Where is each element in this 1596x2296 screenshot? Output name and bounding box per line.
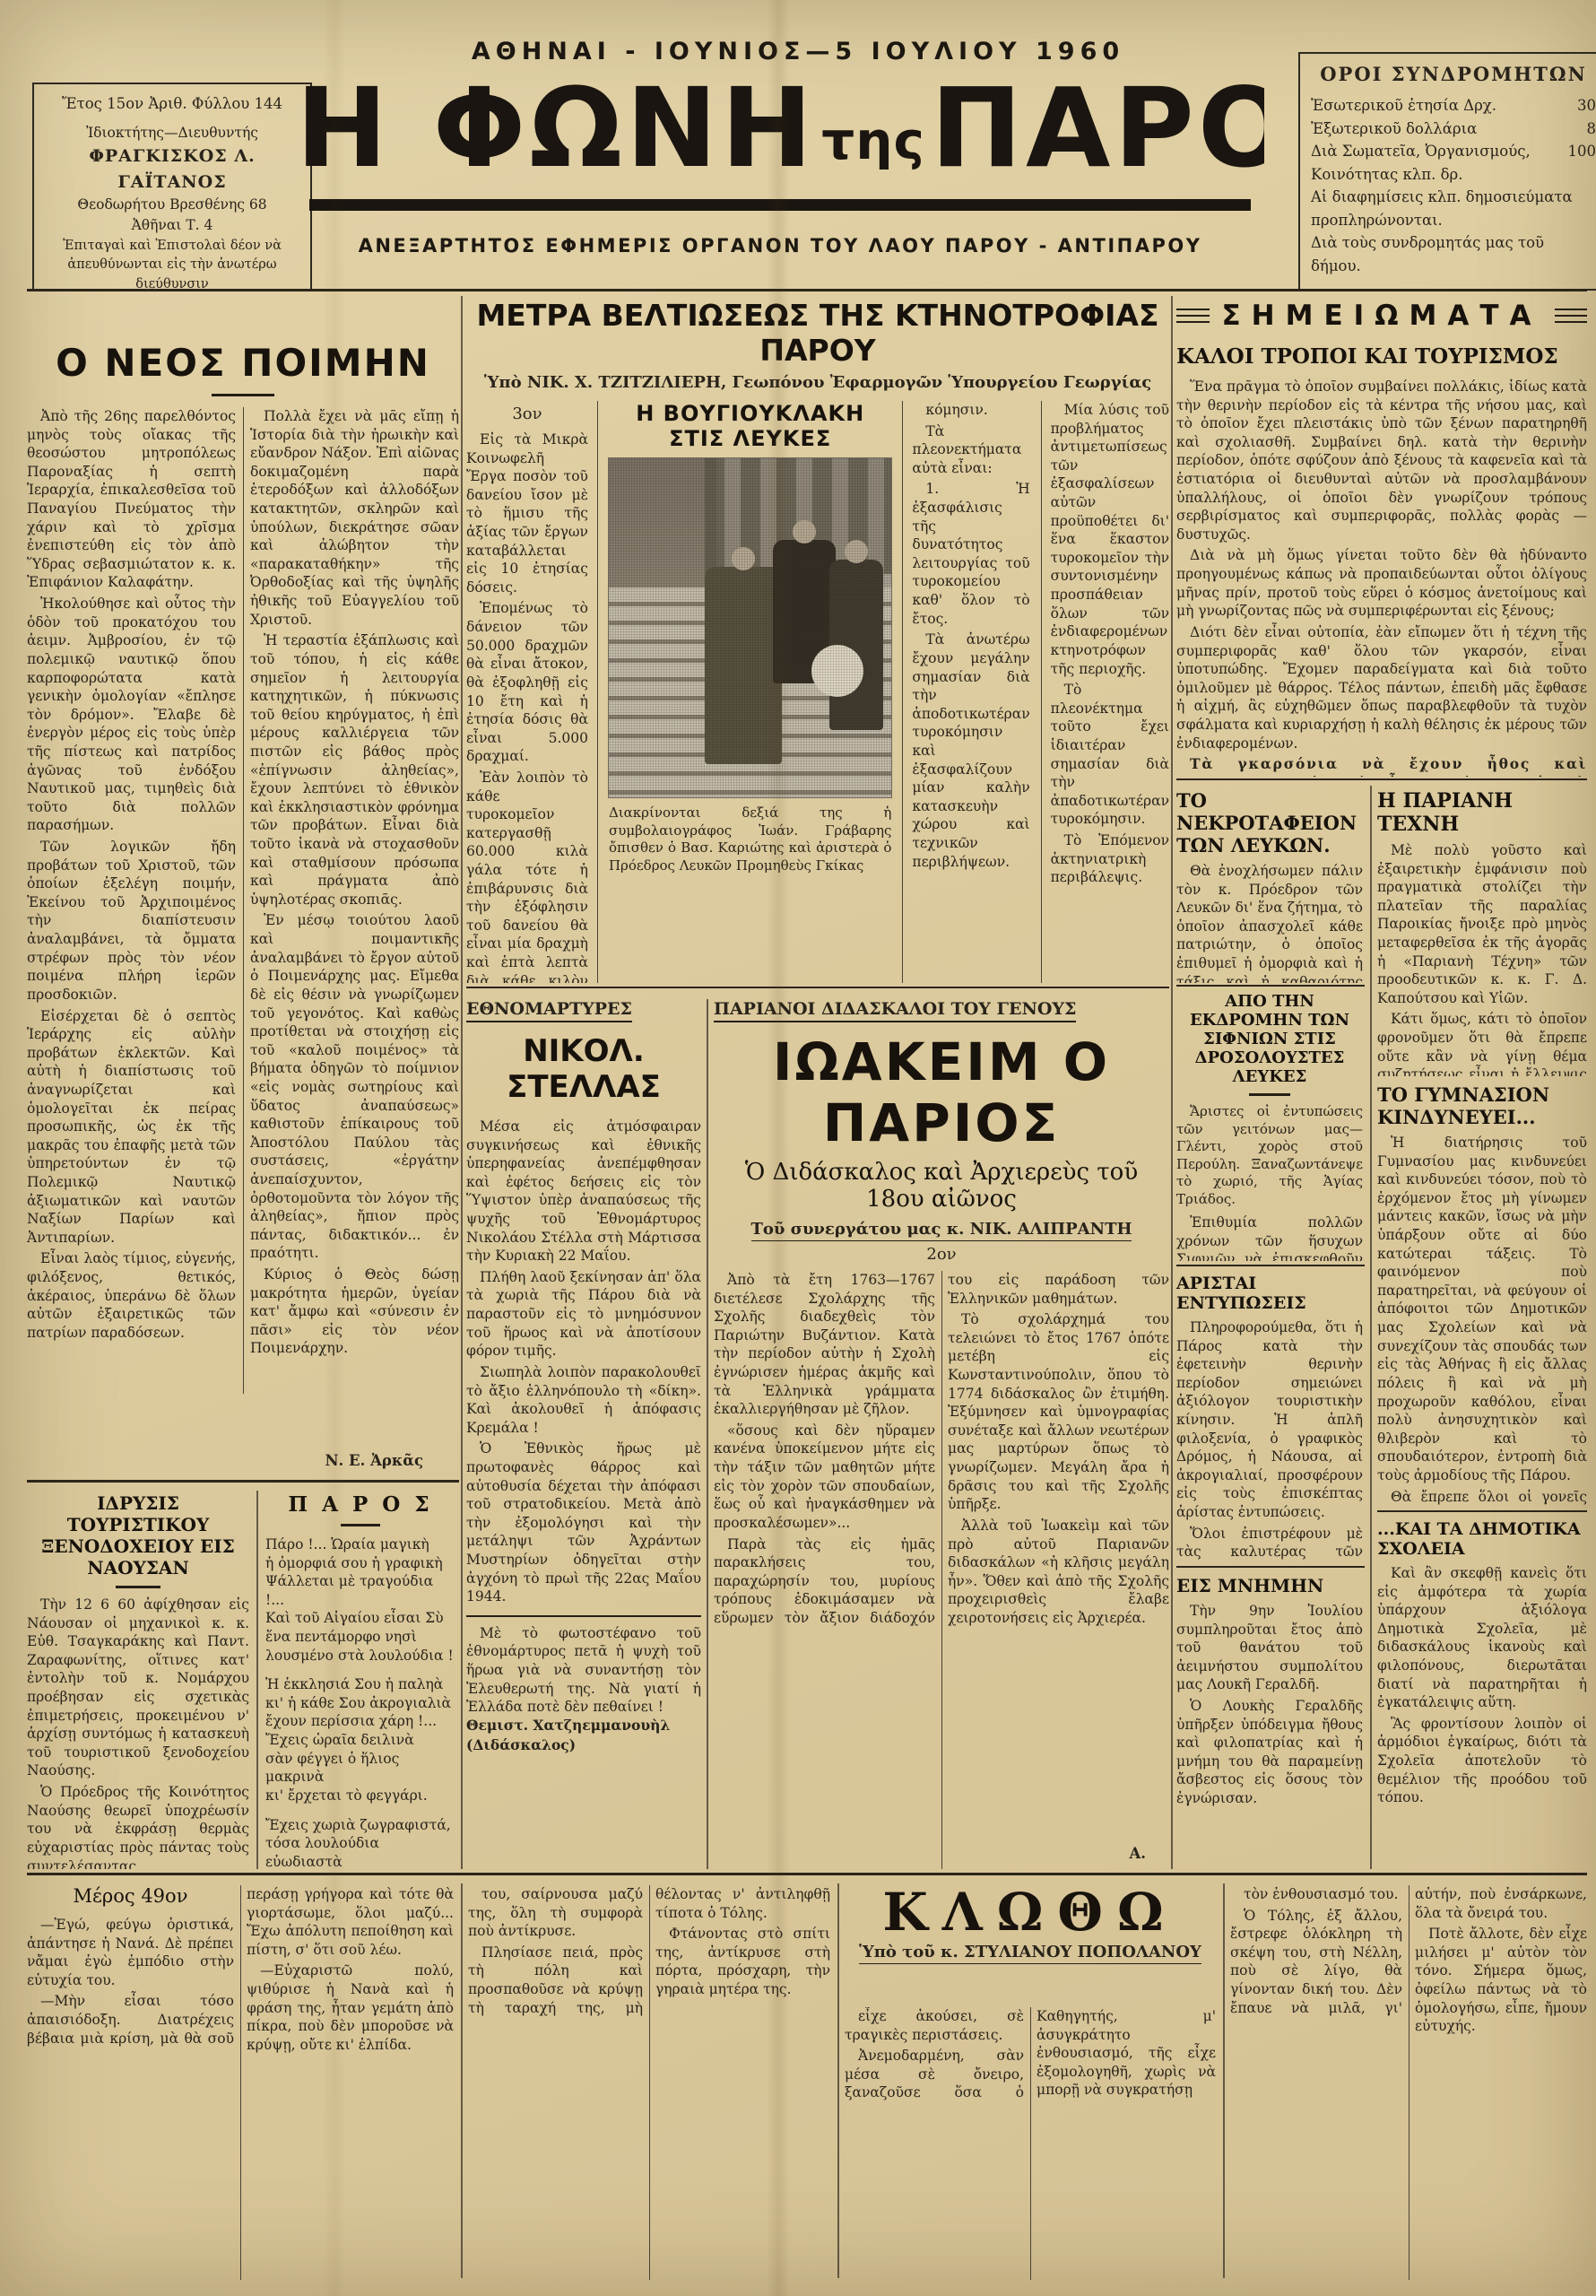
serial-center-columns: εἶχε ἀκούσει, σὲ τραγικὲς περιστάσεις.Ἀν…	[845, 2007, 1216, 2280]
article-body: Μὲ πολὺ γοῦστο καὶ ἐξαιρετικὴν ἐμφάνισιν…	[1377, 841, 1587, 1076]
section-divider	[27, 1480, 459, 1483]
headline-neos-poimin: Ο ΝΕΟΣ ΠΟΙΜΗΝ	[27, 341, 459, 385]
header-rules-left	[1176, 309, 1210, 323]
headline-simeiomata: ΣΗΜΕΙΩΜΑΤΑ	[1222, 300, 1542, 332]
paragraph: Τὰ πλεονεκτήματα αὐτὰ εἶναι:	[912, 422, 1029, 478]
paragraph: Ἑπομένως τὸ δάνειον τῶν 50.000 δραχμῶν θ…	[466, 599, 588, 765]
masthead-title-mid: της	[816, 110, 931, 171]
subscription-value: 8	[1587, 117, 1596, 141]
issue-number: Ἔτος 15ον Ἀριθ. Φύλλου 144	[45, 93, 299, 116]
owner-label: Ἰδιοκτήτης—Διευθυντής	[45, 123, 299, 143]
serial-title: ΚΛΩΘΩ	[845, 1882, 1216, 1943]
headline-rule	[116, 1586, 160, 1588]
article-pariani-texni: Η ΠΑΡΙΑΝΗ ΤΕΧΝΗ Μὲ πολὺ γοῦστο καὶ ἐξαιρ…	[1377, 789, 1587, 1076]
header-divider	[27, 289, 1587, 291]
serial-text: τὸν ἐνθουσιασμό του.Ὁ Τόλης, ἐξ ἄλλου, ἔ…	[1230, 1885, 1587, 2280]
dateline: ΑΘΗΝΑΙ - ΙΟΥΝΙΟΣ—5 ΙΟΥΛΙΟΥ 1960	[332, 38, 1264, 65]
article-body: Θὰ ἐνοχλήσωμεν πάλιν τὸν κ. Πρόεδρον τῶν…	[1176, 862, 1363, 983]
byline-ktinotrofia: Ὑπὸ ΝΙΚ. Χ. ΤΖΙΤΖΙΛΙΕΡΗ, Γεωπόνου Ἐφαρμο…	[466, 373, 1169, 392]
article-signature: Α.	[1129, 1845, 1146, 1862]
serial-left-columns: Μέρος 49ον —Ἐγώ, φεύγω ὁριστικά, ἀπάντησ…	[27, 1885, 454, 2280]
serial-text: του, σαίρνουσα μαζύ της, ὅλη τὴ συμφορὰ …	[468, 1885, 830, 2280]
subscription-box: ΟΡΟΙ ΣΥΝΔΡΟΜΗΤΩΝ Ἐσωτερικοῦ ἐτησία Δρχ. …	[1298, 52, 1596, 291]
paragraph: Τὸ σχολάρχημά του τελειώνει τὸ ἔτος 1767…	[948, 1310, 1169, 1514]
paragraph: Θὰ ἔπρεπε ὅλοι οἱ γονεῖς νὰ ἐμπιστεύωντα…	[1377, 1488, 1587, 1507]
article-body: Μέσα εἰς ἀτμόσφαιραν συγκινήσεως καὶ ἐθν…	[466, 1118, 701, 1606]
article-nekrotafeion: ΤΟ ΝΕΚΡΟΤΑΦΕΙΟΝ ΤΩΝ ΛΕΥΚΩΝ. Θὰ ἐνοχλήσωμ…	[1176, 789, 1363, 983]
closing-box: Μὲ τὸ φωτοστέφανο τοῦ ἐθνομάρτυρος πετᾶ …	[466, 1615, 701, 1754]
paragraph: Μέσα εἰς ἀτμόσφαιραν συγκινήσεως καὶ ἐθν…	[466, 1118, 701, 1265]
column-rule	[1171, 296, 1173, 1869]
paragraph: Ἡ ἐκκλησιά Σου ἡ παληὰ κι' ἡ κάθε Σου ἀκ…	[265, 1675, 455, 1805]
serial-part-label: Μέρος 49ον	[27, 1885, 234, 1907]
section-divider	[1176, 1265, 1365, 1266]
headline-kaloi-tropoi: ΚΑΛΟΙ ΤΡΟΠΟΙ ΚΑΙ ΤΟΥΡΙΣΜΟΣ	[1176, 344, 1587, 369]
article-ekdromi-sifnion: ΑΠΟ ΤΗΝ ΕΚΔΡΟΜΗΝ ΤΩΝ ΣΙΦΝΙΩΝ ΣΤΙΣ ΔΡΟΣΟΛ…	[1176, 992, 1363, 1261]
paragraph: Διὰ νὰ μὴ ὅμως γίνεται τοῦτο δὲν θὰ ἠδύν…	[1176, 546, 1587, 620]
paragraph: εἶχε ἀκούσει, σὲ τραγικὲς περιστάσεις.	[845, 2007, 1024, 2044]
article-body: Πληροφορούμεθα, ὅτι ἡ Πάρος κατὰ τὴν ἐφε…	[1176, 1318, 1363, 1562]
paragraph: —Εὐχαριστῶ πολύ, ψιθύρισε ἡ Νανὰ καὶ ἡ φ…	[247, 1961, 454, 2054]
article-body: Ἕνα πρᾶγμα τὸ ὁποῖον συμβαίνει πολλάκις,…	[1176, 378, 1587, 752]
photo-block: Η ΒΟΥΓΙΟΥΚΛΑΚΗ ΣΤΙΣ ΛΕΥΚΕΣ Διακρίνονται …	[609, 401, 891, 983]
serial-byline: Ὑπὸ τοῦ κ. ΣΤΥΛΙΑΝΟΥ ΠΟΠΟΛΑΝΟΥ	[859, 1943, 1201, 1964]
section-divider	[1176, 1566, 1365, 1568]
serial-text: —Ἐγώ, φεύγω ὁριστικά, ἀπάντησε ἡ Νανά. Δ…	[27, 1885, 454, 2054]
paragraph: Τὰ ἀνωτέρω ἔχουν μεγάλην σημασίαν διὰ τὴ…	[912, 631, 1029, 871]
paragraph: Θὰ ἐνοχλήσωμεν πάλιν τὸν κ. Πρόεδρον τῶν…	[1176, 862, 1363, 983]
headline-paros: Π Α Ρ Ο Σ	[265, 1492, 455, 1517]
article-idrysis-xenodoxeiou: ΙΔΡΥΣΙΣ ΤΟΥΡΙΣΤΙΚΟΥ ΞΕΝΟΔΟΧΕΙΟΥ ΕΙΣ ΝΑΟΥ…	[27, 1492, 249, 1869]
headline-idrysis: ΙΔΡΥΣΙΣ ΤΟΥΡΙΣΤΙΚΟΥ ΞΕΝΟΔΟΧΕΙΟΥ ΕΙΣ ΝΑΟΥ…	[27, 1492, 249, 1578]
column-rule	[1370, 786, 1372, 1869]
paragraph: Εἰς τὰ Μικρὰ Κοινωφελῆ Ἔργα ποσὸν τοῦ δα…	[466, 430, 588, 596]
photo-figure-main	[705, 567, 782, 764]
column-rule	[256, 1491, 258, 1869]
headline-nekrotafeion: ΤΟ ΝΕΚΡΟΤΑΦΕΙΟΝ ΤΩΝ ΛΕΥΚΩΝ.	[1176, 789, 1363, 857]
paragraph: Ἡ διατήρησις τοῦ Γυμνασίου μας κινδυνεύε…	[1377, 1134, 1587, 1485]
paragraph: Ἀπὸ τῆς 26ης παρελθόντος μηνὸς τοὺς οἴακ…	[27, 407, 236, 592]
paragraph: Τὰ γκαρσόνια νὰ ἔχουν ἦθος καὶ παρουσιασ…	[1176, 755, 1587, 777]
serial-title-block: ΚΛΩΘΩ Ὑπὸ τοῦ κ. ΣΤΥΛΙΑΝΟΥ ΠΟΠΟΛΑΝΟΥ	[845, 1882, 1216, 2000]
text-column: 3ον Εἰς τὰ Μικρὰ Κοινωφελῆ Ἔργα ποσὸν το…	[466, 401, 598, 983]
paragraph: Πάρο !... Ὡραία μαγικὴ ἡ ὀμορφιά σου ἡ γ…	[265, 1535, 455, 1665]
paragraph: Ἔχεις χωριὰ ζωγραφιστά, τόσα λουλούδια ε…	[265, 1816, 455, 1869]
paragraph: Πληροφορούμεθα, ὅτι ἡ Πάρος κατὰ τὴν ἐφε…	[1176, 1318, 1363, 1522]
article-ktinotrofia: ΜΕΤΡΑ ΒΕΛΤΙΩΣΕΩΣ ΤΗΣ ΚΤΗΝΟΤΡΟΦΙΑΣ ΠΑΡΟΥ …	[466, 298, 1169, 983]
article-aristai-entyposeis: ΑΡΙΣΤΑΙ ΕΝΤΥΠΩΣΕΙΣ Πληροφορούμεθα, ὅτι ἡ…	[1176, 1274, 1363, 1562]
paragraph: Εἰσέρχεται δὲ ὁ σεπτὸς Ἱεράρχης εἰς αὐλὴ…	[27, 1007, 236, 1248]
paragraph: Πλήθη λαοῦ ξεκίνησαν ἀπ' ὅλα τὰ χωριὰ τῆ…	[466, 1268, 701, 1361]
paragraph: Καὶ ἂν σκεφθῇ κανεὶς ὅτι εἰς ἀμφότερα τὰ…	[1377, 1564, 1587, 1712]
article-body: Ἀπὸ τῆς 26ης παρελθόντος μηνὸς τοὺς οἴακ…	[27, 407, 459, 1394]
photo-headline: Η ΒΟΥΓΙΟΥΚΛΑΚΗ ΣΤΙΣ ΛΕΥΚΕΣ	[609, 401, 891, 451]
paragraph: Ἀλλὰ τοῦ Ἰωακεὶμ καὶ τῶν πρὸ αὐτοῦ Παρια…	[948, 1517, 1169, 1628]
paragraph: Ὁ Λουκὴς Γεραλδῆς ὑπῆρξεν ὑπόδειγμα ἤθου…	[1176, 1697, 1363, 1808]
paragraph: Ὅλοι ἐπιστρέφουν μὲ τὰς καλυτέρας τῶν ἀν…	[1176, 1525, 1363, 1562]
part-number: 2ον	[714, 1245, 1169, 1264]
paragraph: Τὴν 9ην Ἰουλίου συμπληροῦται ἔτος ἀπὸ το…	[1176, 1602, 1363, 1694]
column-rule	[707, 999, 708, 1869]
section-divider	[466, 987, 1169, 988]
subscription-note: Αἱ διαφημίσεις κλπ. δημοσιεύματα προπληρ…	[1311, 186, 1596, 231]
photo-figure-third	[829, 560, 883, 730]
publisher-address: Θεοδωρήτου Βρεσθένης 68	[45, 195, 299, 215]
article-body: Ἡ διατήρησις τοῦ Γυμνασίου μας κινδυνεύε…	[1377, 1134, 1587, 1507]
closing-paragraph: Μὲ τὸ φωτοστέφανο τοῦ ἐθνομάρτυρος πετᾶ …	[466, 1624, 701, 1717]
newspaper-page: Ἔτος 15ον Ἀριθ. Φύλλου 144 Ἰδιοκτήτης—Δι…	[0, 0, 1596, 2296]
subscription-label: Διὰ Σωματεῖα, Ὀργανισμούς, Κοινότητας κλ…	[1311, 140, 1568, 186]
paragraph: Ἠκολούθησε καὶ οὗτος τὴν ὁδὸν τοῦ προκατ…	[27, 595, 236, 835]
publisher-city: Ἀθῆναι Τ. 4	[45, 215, 299, 236]
paragraph: Ἡ τεραστία ἐξάπλωσις καὶ τοῦ τόπου, ἡ εἰ…	[250, 631, 459, 909]
article-paros-poem: Π Α Ρ Ο Σ Πάρο !... Ὡραία μαγικὴ ἡ ὀμορφ…	[265, 1492, 455, 1869]
headline-eis-mnimin: ΕΙΣ ΜΝΗΜΗΝ	[1176, 1575, 1363, 1596]
photo-caption: Διακρίνονται δεξιά της ἡ συμβολαιογράφος…	[609, 804, 891, 874]
column-rule	[461, 1883, 463, 2278]
part-number: 3ον	[466, 404, 588, 423]
headline-pariani-texni: Η ΠΑΡΙΑΝΗ ΤΕΧΝΗ	[1377, 789, 1587, 836]
paragraph: Εἶναι λαὸς τίμιος, εὐγενής, φιλόξενος, θ…	[27, 1249, 236, 1342]
masthead-underline	[309, 199, 1251, 211]
paragraph: του, σαίρνουσα μαζύ της, ὅλη τὴ συμφορὰ …	[468, 1885, 643, 1941]
masthead-title-right: ΠΑΡΟΥ	[931, 74, 1264, 192]
text-column: κόμησιν.Τὰ πλεονεκτήματα αὐτὰ εἶναι:1. Ἡ…	[902, 401, 1029, 983]
masthead-title-left: Η ΦΩΝΗ	[296, 74, 816, 192]
paragraph: «ὅσους καὶ δὲν ηὕραμεν κανένα ὑποκείμενο…	[714, 1422, 935, 1533]
section-divider	[1176, 985, 1365, 987]
serial-mid-columns: του, σαίρνουσα μαζύ της, ὅλη τὴ συμφορὰ …	[468, 1885, 830, 2280]
paragraph: Διότι δὲν εἶναι οὐτοπία, ἐὰν εἴπωμεν ὅτι…	[1176, 623, 1587, 752]
headline-aristai: ΑΡΙΣΤΑΙ ΕΝΤΥΠΩΣΕΙΣ	[1176, 1274, 1363, 1313]
paragraph: Ὁ Ἐθνικὸς ἥρως μὲ πρωτοφανὲς θάρρος καὶ …	[466, 1439, 701, 1605]
paragraph: Ἐπιθυμία πολλῶν χρόνων τῶν ἥσυχων Σιφνιῶ…	[1176, 1213, 1363, 1261]
photo-crowd-shape	[705, 458, 891, 574]
mail-note: Ἐπιταγαὶ καὶ Ἐπιστολαὶ δέον νὰ ἀπευθύνων…	[45, 237, 299, 291]
kicker-ethnomartyres: ΕΘΝΟΜΑΡΤΥΡΕΣ	[466, 999, 632, 1022]
paragraph: Κάτι ὅμως, κάτι τὸ ὁποῖον φρονοῦμεν ὅτι …	[1377, 1010, 1587, 1076]
subscription-label: Ἐξωτερικοῦ δολλάρια	[1311, 117, 1477, 141]
photo-stairs-shape	[609, 587, 891, 797]
paragraph: Σιωπηλὰ λοιπὸν παρακολουθεῖ τὸ ἄξιο ἑλλη…	[466, 1363, 701, 1437]
paragraph: Πολλὰ ἔχει νὰ μᾶς εἴπῃ ἡ Ἱστορία διὰ τὴν…	[250, 407, 459, 629]
column-rule	[1223, 1883, 1225, 2278]
paragraph: Ἕνα πρᾶγμα τὸ ὁποῖον συμβαίνει πολλάκις,…	[1176, 378, 1587, 544]
article-signature: Θεμιστ. Χατζηεμμανουὴλ	[466, 1717, 701, 1735]
paragraph: Μία λύσις τοῦ προβλήματος ἀντιμετωπίσεως…	[1051, 401, 1169, 678]
subscription-value: 30	[1577, 94, 1596, 117]
photo-bougiouklaki	[609, 458, 891, 797]
photo-hat-shape	[811, 645, 863, 697]
subtitle-ioakeim: Ὁ Διδάσκαλος καὶ Ἀρχιερεὺς τοῦ 18ου αἰῶν…	[714, 1159, 1169, 1213]
text-column: Μία λύσις τοῦ προβλήματος ἀντιμετωπίσεως…	[1041, 401, 1169, 983]
emphasis-paragraph: Τὰ γκαρσόνια νὰ ἔχουν ἦθος καὶ παρουσιασ…	[1176, 755, 1587, 777]
subscription-title: ΟΡΟΙ ΣΥΝΔΡΟΜΗΤΩΝ	[1311, 63, 1596, 85]
paragraph: Τὸ Ἑπόμενον ἀκτηνιατρικὴ περιβάλεψις.	[1051, 831, 1169, 887]
paragraph: Ἂς φροντίσουν λοιπὸν οἱ ἁρμόδιοι ἐγκαίρω…	[1377, 1715, 1587, 1807]
article-body: Τὴν 9ην Ἰουλίου συμπληροῦται ἔτος ἀπὸ το…	[1176, 1602, 1363, 1808]
subscription-row: Διὰ Σωματεῖα, Ὀργανισμούς, Κοινότητας κλ…	[1311, 140, 1596, 186]
column-paragraphs: Εἰς τὰ Μικρὰ Κοινωφελῆ Ἔργα ποσὸν τοῦ δα…	[466, 430, 588, 983]
section-divider	[1176, 778, 1587, 780]
article-gymnasio: ΤΟ ΓΥΜΝΑΣΙΟΝ ΚΙΝΔΥΝΕΥΕΙ... Ἡ διατήρησις …	[1377, 1083, 1587, 1507]
subscription-row: Ἐξωτερικοῦ δολλάρια 8	[1311, 117, 1596, 141]
article-simeiomata: ΣΗΜΕΙΩΜΑΤΑ ΚΑΛΟΙ ΤΡΟΠΟΙ ΚΑΙ ΤΟΥΡΙΣΜΟΣ Ἕν…	[1176, 300, 1587, 777]
paragraph: Κύριος ὁ Θεὸς δώσῃ μακρότητα ἡμερῶν, ὑγε…	[250, 1265, 459, 1358]
paragraph: Φτάνοντας στὸ σπίτι της, ἀντίκρυσε στὴ π…	[655, 1925, 830, 1998]
byline-ioakeim: Τοῦ συνεργάτου μας κ. ΝΙΚ. ΑΛΙΠΡΑΝΤΗ	[751, 1220, 1132, 1241]
article-neos-poimin: Ο ΝΕΟΣ ΠΟΙΜΗΝ Ἀπὸ τῆς 26ης παρελθόντος μ…	[27, 341, 459, 1474]
article-body: Τὴν 12 6 60 ἀφίχθησαν εἰς Νάουσαν οἱ μηχ…	[27, 1596, 249, 1869]
article-dimotika-sxoleia: ...ΚΑΙ ΤΑ ΔΗΜΟΤΙΚΑ ΣΧΟΛΕΙΑ Καὶ ἂν σκεφθῇ…	[1377, 1519, 1587, 1869]
section-divider	[1377, 1510, 1587, 1512]
paragraph: κόμησιν.	[912, 401, 1029, 420]
masthead-subtitle: ΑΝΕΞΑΡΤΗΤΟΣ ΕΦΗΜΕΡΙΣ ΟΡΓΑΝΟΝ ΤΟΥ ΛΑΟΥ ΠΑ…	[296, 235, 1264, 257]
paragraph: Ἐὰν λοιπὸν τὸ κάθε τυροκομεῖον κατεργασθ…	[466, 769, 588, 983]
column-rule	[837, 1883, 839, 2278]
headline-ekdromi-sifnion: ΑΠΟ ΤΗΝ ΕΚΔΡΟΜΗΝ ΤΩΝ ΣΙΦΝΙΩΝ ΣΤΙΣ ΔΡΟΣΟΛ…	[1176, 992, 1363, 1086]
paragraph: 1. Ἡ ἐξασφάλισις τῆς δυνατότητος λειτουρ…	[912, 480, 1029, 628]
article-signature-role: (Διδάσκαλος)	[466, 1736, 701, 1755]
article-ioakeim: ΠΑΡΙΑΝΟΙ ΔΙΔΑΣΚΑΛΟΙ ΤΟΥ ΓΕΝΟΥΣ ΙΩΑΚΕΙΜ Ο…	[714, 999, 1169, 1869]
owner-name: ΦΡΑΓΚΙΣΚΟΣ Λ. ΓΑΪΤΑΝΟΣ	[45, 143, 299, 195]
serial-text: εἶχε ἀκούσει, σὲ τραγικὲς περιστάσεις.Ἀν…	[845, 2007, 1216, 2280]
paragraph: Ποτὲ ἄλλοτε, δὲν εἶχε μιλήσει μ' αὐτὸν τ…	[1415, 1925, 1587, 2036]
paragraph: Τὸ πλεονέκτημα τοῦτο ἔχει ἰδιαιτέραν σημ…	[1051, 681, 1169, 829]
subscription-row: Ἐσωτερικοῦ ἐτησία Δρχ. 30	[1311, 94, 1596, 117]
headline-rule	[212, 394, 274, 396]
masthead: Η ΦΩΝΗτηςΠΑΡΟΥ	[296, 74, 1264, 199]
simeiomata-header: ΣΗΜΕΙΩΜΑΤΑ	[1176, 300, 1587, 332]
publisher-info-box: Ἔτος 15ον Ἀριθ. Φύλλου 144 Ἰδιοκτήτης—Δι…	[32, 83, 312, 291]
paragraph: Ὁ Πρόεδρος τῆς Κοινότητος Ναούσης θεωρεῖ…	[27, 1783, 249, 1869]
headline-ktinotrofia: ΜΕΤΡΑ ΒΕΛΤΙΩΣΕΩΣ ΤΗΣ ΚΤΗΝΟΤΡΟΦΙΑΣ ΠΑΡΟΥ	[466, 298, 1169, 368]
serial-divider	[27, 1873, 1587, 1875]
article-signature: Ν. Ε. Ἀρκᾶς	[325, 1452, 423, 1469]
paragraph: Τὴν 12 6 60 ἀφίχθησαν εἰς Νάουσαν οἱ μηχ…	[27, 1596, 249, 1780]
headline-ioakeim: ΙΩΑΚΕΙΜ Ο ΠΑΡΙΟΣ	[714, 1031, 1169, 1153]
headline-rule	[341, 1524, 380, 1526]
kicker-didaskaloi: ΠΑΡΙΑΝΟΙ ΔΙΔΑΣΚΑΛΟΙ ΤΟΥ ΓΕΝΟΥΣ	[714, 999, 1076, 1022]
paragraph: τὸν ἐνθουσιασμό του.	[1230, 1885, 1402, 1904]
photo-figure-second	[773, 540, 836, 683]
lede: Ἄριστες οἱ ἐντυπώσεις τῶν γειτόνων μας—Γ…	[1176, 1103, 1363, 1208]
paragraph: —Ἐγώ, φεύγω ὁριστικά, ἀπάντησε ἡ Νανά. Δ…	[27, 1916, 234, 1989]
serial-right-columns: τὸν ἐνθουσιασμό του.Ὁ Τόλης, ἐξ ἄλλου, ἔ…	[1230, 1885, 1587, 2280]
subscription-label: Ἐσωτερικοῦ ἐτησία Δρχ.	[1311, 94, 1496, 117]
headline-stellas: ΝΙΚΟΛ. ΣΤΕΛΛΑΣ	[466, 1033, 701, 1105]
paragraph: Μὲ πολὺ γοῦστο καὶ ἐξαιρετικὴν ἐμφάνισιν…	[1377, 841, 1587, 1007]
photo-wall-shape	[609, 458, 716, 696]
headline-rule	[1249, 1093, 1290, 1096]
paragraph: Ἀπὸ τὰ ἔτη 1763—1767 διετέλεσε Σχολάρχης…	[714, 1271, 935, 1419]
subscription-note: Διὰ τοὺς συνδρομητάς μας τοῦ δήμου.	[1311, 231, 1596, 277]
article-body: Καὶ ἂν σκεφθῇ κανεὶς ὅτι εἰς ἀμφότερα τὰ…	[1377, 1564, 1587, 1807]
article-body: Ἀπὸ τὰ ἔτη 1763—1767 διετέλεσε Σχολάρχης…	[714, 1271, 1169, 1869]
article-nikol-stellas: ΕΘΝΟΜΑΡΤΥΡΕΣ ΝΙΚΟΛ. ΣΤΕΛΛΑΣ Μέσα εἰς ἀτμ…	[466, 999, 701, 1869]
header-rules-right	[1555, 309, 1587, 323]
poem-stanzas: Πάρο !... Ὡραία μαγικὴ ἡ ὀμορφιά σου ἡ γ…	[265, 1535, 455, 1869]
headline-gymnasio: ΤΟ ΓΥΜΝΑΣΙΟΝ ΚΙΝΔΥΝΕΥΕΙ...	[1377, 1083, 1587, 1128]
paragraph: Τῶν λογικῶν ἤδη προβάτων τοῦ Χριστοῦ, τῶ…	[27, 838, 236, 1004]
column-rule	[461, 296, 463, 1869]
paragraph: Ἐν μέσῳ τοιούτου λαοῦ καὶ ποιμαντικῆς ἀν…	[250, 911, 459, 1263]
headline-dimotika: ...ΚΑΙ ΤΑ ΔΗΜΟΤΙΚΑ ΣΧΟΛΕΙΑ	[1377, 1519, 1587, 1559]
article-eis-mnimin: ΕΙΣ ΜΝΗΜΗΝ Τὴν 9ην Ἰουλίου συμπληροῦται …	[1176, 1575, 1363, 1869]
subscription-value: 100	[1568, 140, 1596, 186]
article-body: Ἐπιθυμία πολλῶν χρόνων τῶν ἥσυχων Σιφνιῶ…	[1176, 1213, 1363, 1261]
